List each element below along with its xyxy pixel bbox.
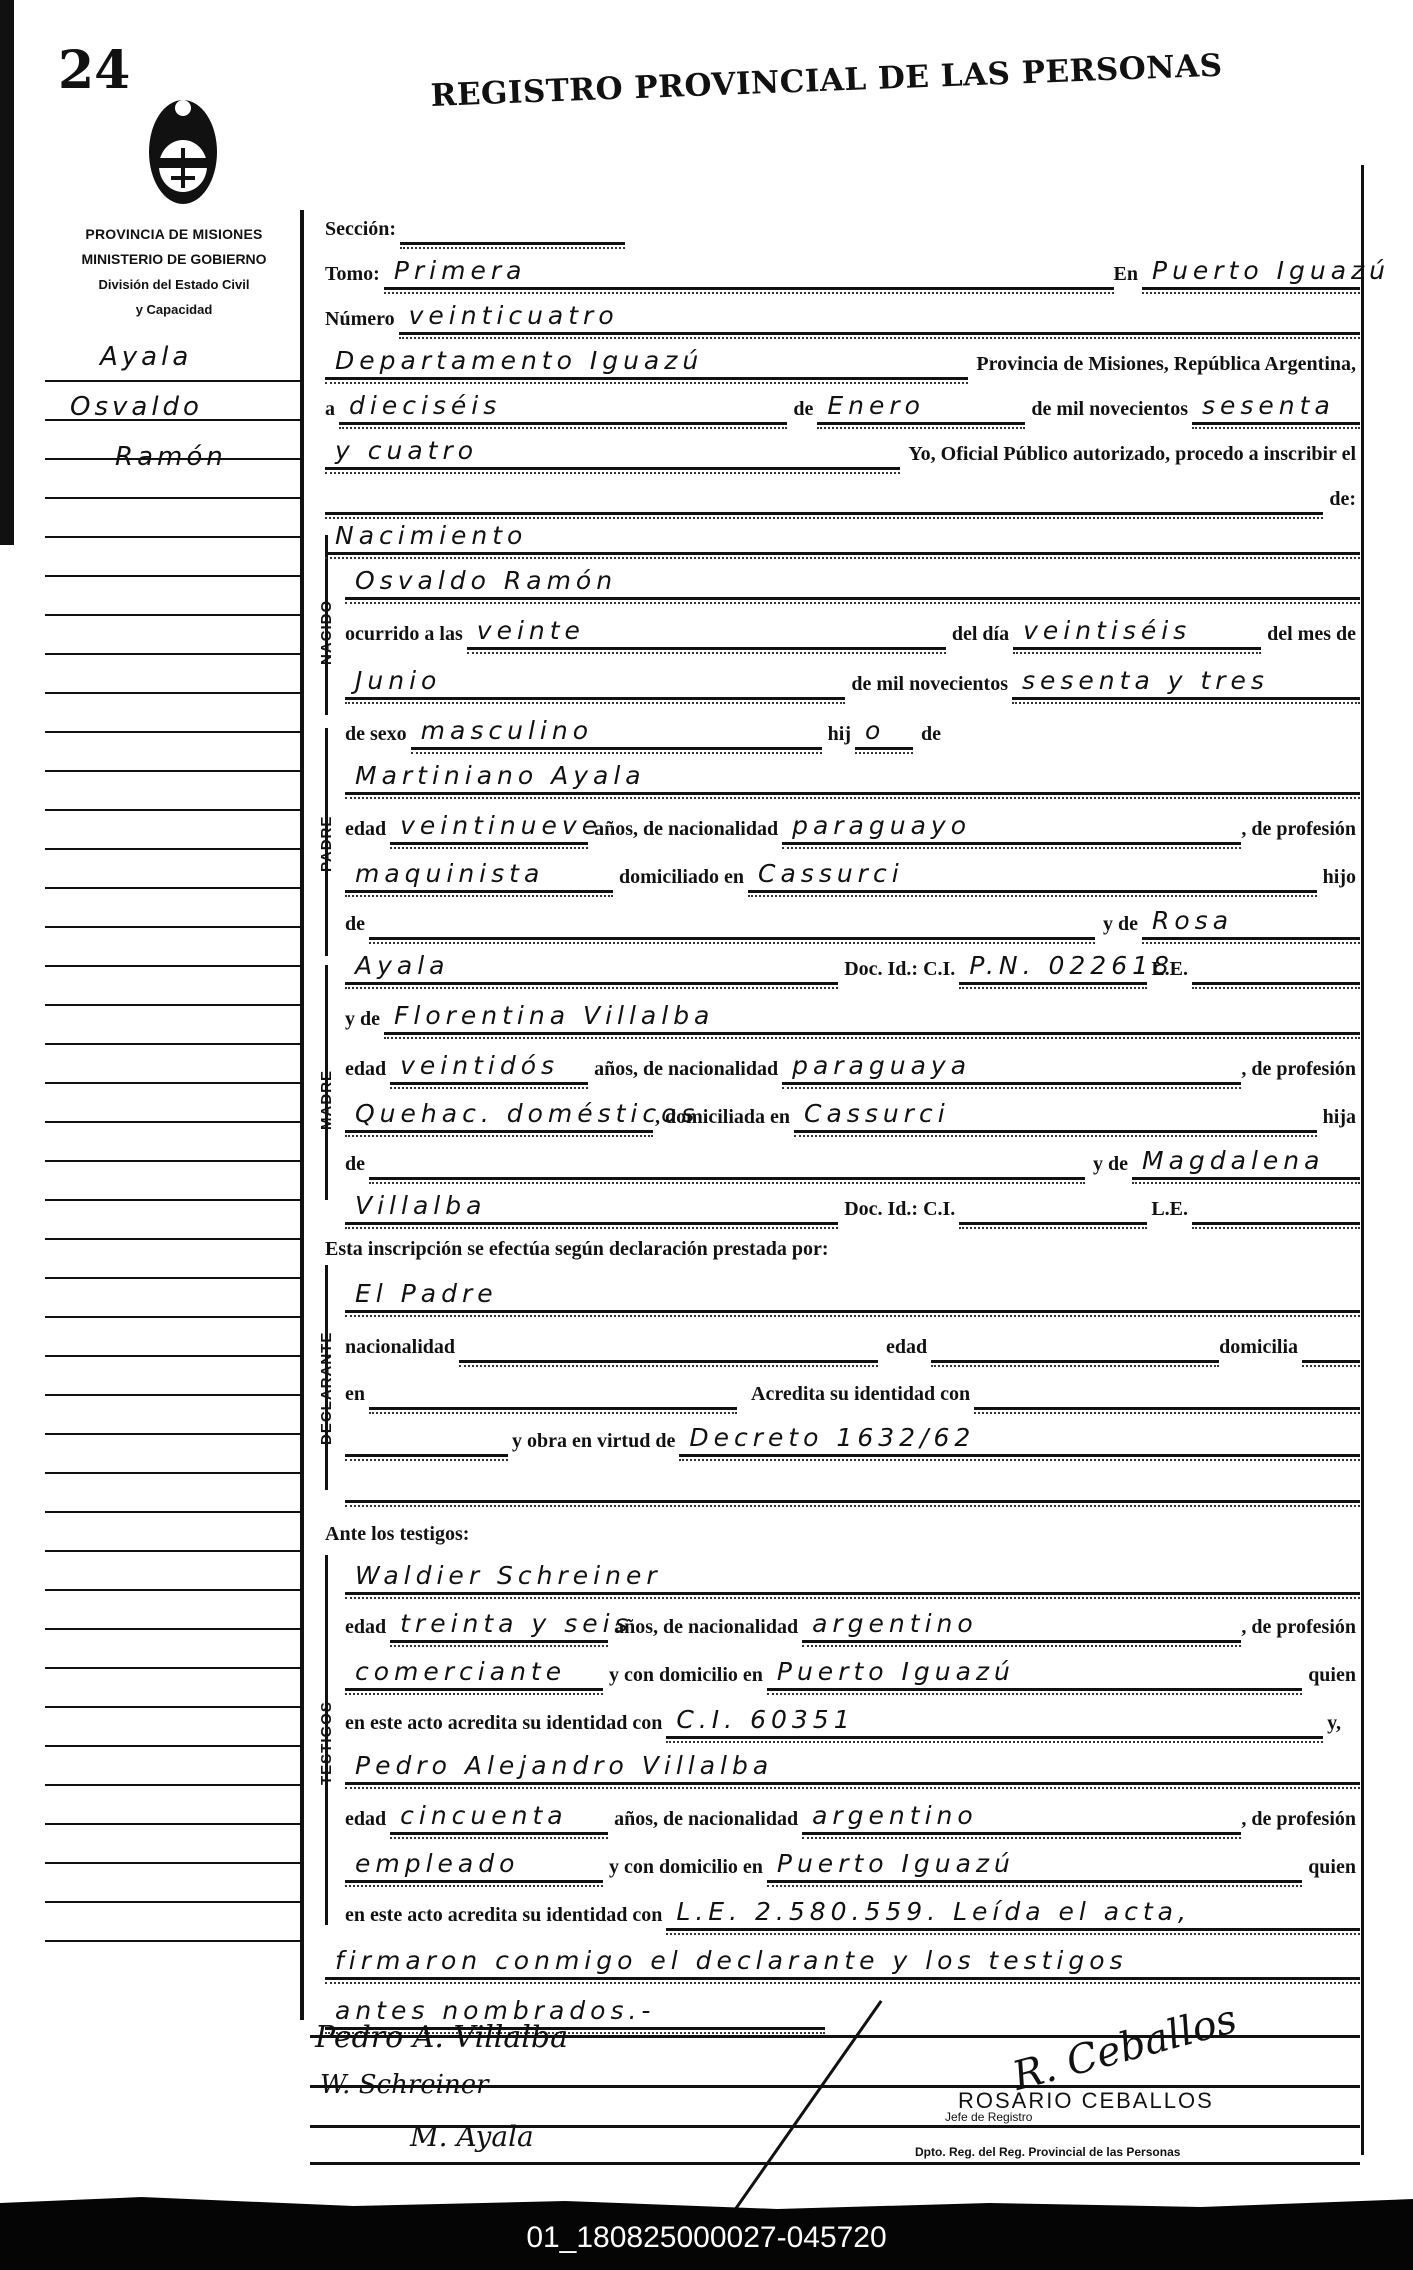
field-nacido-nombre[interactable]: Osvaldo Ramón — [345, 566, 1360, 600]
label-madre-edad: edad — [345, 1058, 390, 1085]
row-declarante-en: en Acredita su identidad con — [345, 1370, 1360, 1410]
margin-divider — [300, 210, 304, 2020]
field-madre-nacionalidad[interactable]: paraguaya — [782, 1051, 1241, 1085]
margin-surname: Ayala — [100, 342, 192, 372]
label-madre-le: L.E. — [1147, 1198, 1192, 1225]
label-declarante-nacionalidad: nacionalidad — [345, 1336, 459, 1363]
field-madre-edad[interactable]: veintidós — [390, 1051, 588, 1085]
margin-ruled-lines — [45, 380, 300, 1979]
row-padre-edad: edad veintinueve años, de nacionalidad p… — [345, 805, 1360, 845]
label-t2-acredita: en este acto acredita su identidad con — [345, 1904, 666, 1931]
row-declarante-nac: nacionalidad edad domicilia — [345, 1323, 1360, 1363]
label-ocurrido: ocurrido a las — [345, 623, 467, 650]
row-nacido-mes: Junio de mil novecientos sesenta y tres — [345, 660, 1360, 700]
side-label-nacido: NACIDO — [318, 600, 335, 665]
row-madre-nombre: y de Florentina Villalba — [345, 995, 1360, 1035]
row-numero: Número veinticuatro — [325, 295, 1360, 335]
field-anio-acta[interactable]: sesenta — [1192, 391, 1360, 425]
row-testigo2-acredita: en este acto acredita su identidad con L… — [345, 1891, 1360, 1931]
document-title: REGISTRO PROVINCIAL DE LAS PERSONAS — [430, 48, 1223, 114]
label-seccion: Sección: — [325, 218, 400, 245]
label-t2-anos: años, de nacionalidad — [608, 1808, 802, 1835]
field-closing-1[interactable]: firmaron conmigo el declarante y los tes… — [325, 1946, 1360, 1980]
field-abuelo-materno[interactable] — [369, 1175, 1085, 1180]
label-t2-edad: edad — [345, 1808, 390, 1835]
testigos-intro: Ante los testigos: — [325, 1523, 473, 1550]
official-stamp-dept: Dpto. Reg. del Reg. Provincial de las Pe… — [915, 2145, 1180, 2159]
label-del-mes: del mes de — [1261, 623, 1360, 650]
field-testigo1-nombre[interactable]: Waldier Schreiner — [345, 1561, 1360, 1595]
signature-witness-2: Pedro A. Villalba — [315, 2020, 568, 2055]
row-closing-1: firmaron conmigo el declarante y los tes… — [325, 1940, 1360, 1980]
label-del-dia: del día — [946, 623, 1013, 650]
field-dia-acta[interactable]: dieciséis — [339, 391, 787, 425]
field-padre-domicilio[interactable]: Cassurci — [748, 859, 1317, 893]
field-testigo1-domicilio[interactable]: Puerto Iguazú — [767, 1657, 1302, 1691]
field-abuela-paterna[interactable]: Rosa — [1142, 906, 1360, 940]
org-capacity: y Capacidad — [46, 297, 302, 322]
field-madre-profesion[interactable]: Quehac. domésticos — [345, 1099, 653, 1133]
row-testigo2-domicilio: empleado y con domicilio en Puerto Iguaz… — [345, 1843, 1360, 1883]
row-padre-domicilio: maquinista domiciliado en Cassurci hijo — [345, 853, 1360, 893]
org-ministry: MINISTERIO DE GOBIERNO — [46, 247, 302, 272]
row-testigos-intro: Ante los testigos: — [325, 1510, 1360, 1550]
scan-id-footer: 01_180825000027-045720 — [0, 2210, 1413, 2270]
row-nacido-hora: ocurrido a las veinte del día veintiséis… — [345, 610, 1360, 650]
field-padre-le[interactable] — [1192, 980, 1360, 985]
signature-line-4 — [310, 2162, 1360, 2165]
field-en-localidad[interactable]: Puerto Iguazú — [1142, 256, 1360, 290]
row-tomo: Tomo: Primera En Puerto Iguazú — [325, 250, 1360, 290]
field-testigo2-acredita[interactable]: L.E. 2.580.559. Leída el acta, — [666, 1897, 1360, 1931]
field-padre-edad[interactable]: veintinueve — [390, 811, 588, 845]
label-padre-domicilio: domiciliado en — [613, 866, 748, 893]
row-seccion: Sección: — [325, 205, 625, 245]
label-t2-quien: quien — [1302, 1856, 1360, 1883]
row-testigo1-edad: edad treinta y seis años, de nacionalida… — [345, 1603, 1360, 1643]
field-padre-nombre[interactable]: Martiniano Ayala — [345, 761, 1360, 795]
label-t1-edad: edad — [345, 1616, 390, 1643]
label-de-padres: de — [913, 723, 945, 750]
row-padre-doc: Ayala Doc. Id.: C.I. P.N. 022618 L.E. — [345, 945, 1360, 985]
label-acredita: Acredita su identidad con — [737, 1383, 974, 1410]
field-obra-decreto[interactable]: Decreto 1632/62 — [679, 1423, 1360, 1457]
field-testigo1-nacionalidad[interactable]: argentino — [802, 1609, 1241, 1643]
label-t1-acredita: en este acto acredita su identidad con — [345, 1712, 666, 1739]
field-acta-tipo[interactable]: Nacimiento — [325, 521, 1360, 555]
label-madre-anos: años, de nacionalidad — [588, 1058, 782, 1085]
row-declarante-intro: Esta inscripción se efectúa según declar… — [325, 1225, 1360, 1265]
field-abuelo-paterno[interactable] — [369, 935, 1095, 940]
row-fecha: a dieciséis de Enero de mil novecientos … — [325, 385, 1360, 425]
label-declarante-en: en — [345, 1383, 369, 1410]
label-hija: hija — [1317, 1106, 1360, 1133]
field-testigo2-domicilio[interactable]: Puerto Iguazú — [767, 1849, 1302, 1883]
row-declarante-blank — [345, 1463, 1360, 1503]
label-en: En — [1114, 263, 1142, 290]
field-madre-nombre[interactable]: Florentina Villalba — [384, 1001, 1360, 1035]
row-testigo1-nombre: Waldier Schreiner — [345, 1555, 1360, 1595]
row-declarante-nombre: El Padre — [345, 1273, 1360, 1313]
field-seccion[interactable] — [400, 240, 625, 245]
field-hij[interactable]: o — [855, 716, 913, 750]
field-abuela-materna[interactable]: Magdalena — [1132, 1146, 1360, 1180]
field-dia-nacimiento[interactable]: veintiséis — [1013, 616, 1261, 650]
field-declarante-nombre[interactable]: El Padre — [345, 1279, 1360, 1313]
label-madre-y-de: y de — [345, 1008, 384, 1035]
label-domicilia: domicilia — [1219, 1336, 1302, 1363]
field-testigo2-nacionalidad[interactable]: argentino — [802, 1801, 1241, 1835]
field-testigo2-profesion[interactable]: empleado — [345, 1849, 603, 1883]
label-numero: Número — [325, 308, 399, 335]
row-declarante-obra: y obra en virtud de Decreto 1632/62 — [345, 1417, 1360, 1457]
row-acta-tipo: Nacimiento — [325, 515, 1360, 555]
field-numero[interactable]: veinticuatro — [399, 301, 1360, 335]
row-padre-padres: de y de Rosa — [345, 900, 1360, 940]
field-testigo1-profesion[interactable]: comerciante — [345, 1657, 603, 1691]
signature-witness-1: W. Schreiner — [320, 2070, 489, 2100]
birth-certificate-page: 24 REGISTRO PROVINCIAL DE LAS PERSONAS P… — [0, 0, 1413, 2200]
field-testigo1-acredita[interactable]: C.I. 60351 — [666, 1705, 1323, 1739]
signature-declarant: M. Ayala — [410, 2120, 534, 2153]
side-label-declarante: DECLARANTE — [318, 1332, 335, 1445]
label-de: de — [787, 398, 817, 425]
label-t2-domicilio: y con domicilio en — [603, 1856, 767, 1883]
row-departamento: Departamento Iguazú Provincia de Misione… — [325, 340, 1360, 380]
row-testigo1-acredita: en este acto acredita su identidad con C… — [345, 1699, 1345, 1739]
row-madre-doc: Villalba Doc. Id.: C.I. L.E. — [345, 1185, 1360, 1225]
label-padre-edad: edad — [345, 818, 390, 845]
label-hijo: hijo — [1317, 866, 1360, 893]
field-mes-nacimiento[interactable]: Junio — [345, 666, 845, 700]
field-hora[interactable]: veinte — [467, 616, 946, 650]
label-t1-profesion: , de profesión — [1241, 1616, 1360, 1643]
field-declarante-edad[interactable] — [931, 1358, 1219, 1363]
field-testigo1-edad[interactable]: treinta y seis — [390, 1609, 608, 1643]
field-departamento[interactable]: Departamento Iguazú — [325, 346, 968, 380]
label-t2-profesion: , de profesión — [1241, 1808, 1360, 1835]
field-anio-nacimiento[interactable]: sesenta y tres — [1012, 666, 1360, 700]
row-madre-edad: edad veintidós años, de nacionalidad par… — [345, 1045, 1360, 1085]
label-padre-de: de — [345, 913, 369, 940]
field-declarante-en[interactable] — [369, 1405, 737, 1410]
field-declarante-acredita[interactable] — [974, 1405, 1360, 1410]
national-coat-of-arms-icon — [143, 88, 223, 208]
page-number: 24 — [58, 40, 130, 101]
row-madre-padres: de y de Magdalena — [345, 1140, 1360, 1180]
row-nacido-sexo: de sexo masculino hij o de — [345, 710, 945, 750]
label-anio-nac: de mil novecientos — [845, 673, 1012, 700]
label-madre-y-de2: y de — [1085, 1153, 1132, 1180]
label-a: a — [325, 398, 339, 425]
label-declarante-edad: edad — [878, 1336, 931, 1363]
label-de-end: de: — [1323, 488, 1360, 515]
label-madre-doc: Doc. Id.: C.I. — [838, 1198, 959, 1225]
official-stamp-role: Jefe de Registro — [945, 2110, 1032, 2124]
row-acta-tipo-line: de: — [325, 475, 1360, 515]
row-testigo1-domicilio: comerciante y con domicilio en Puerto Ig… — [345, 1651, 1360, 1691]
org-province: PROVINCIA DE MISIONES — [46, 222, 302, 247]
side-label-padre: PADRE — [318, 816, 335, 872]
issuing-organization: PROVINCIA DE MISIONES MINISTERIO DE GOBI… — [46, 222, 302, 322]
side-label-madre: MADRE — [318, 1070, 335, 1130]
field-tomo[interactable]: Primera — [384, 256, 1114, 290]
label-obra: y obra en virtud de — [508, 1430, 679, 1457]
row-padre-nombre: Martiniano Ayala — [345, 755, 1360, 795]
row-oficial: y cuatro Yo, Oficial Público autorizado,… — [325, 430, 1360, 470]
label-padre-profesion: , de profesión — [1241, 818, 1360, 845]
label-hij: hij — [822, 723, 855, 750]
row-nacido-nombre: Osvaldo Ramón — [345, 560, 1360, 600]
field-acredita-cont[interactable] — [345, 1452, 508, 1457]
declarante-intro: Esta inscripción se efectúa según declar… — [325, 1238, 833, 1265]
side-label-testigos: TESTIGOS — [318, 1701, 335, 1785]
row-madre-domicilio: Quehac. domésticos , domiciliada en Cass… — [345, 1093, 1360, 1133]
label-madre-de: de — [345, 1153, 369, 1180]
field-mes-acta[interactable]: Enero — [817, 391, 1025, 425]
label-oficial: Yo, Oficial Público autorizado, procedo … — [900, 443, 1360, 470]
org-division: División del Estado Civil — [46, 272, 302, 297]
field-abuela-paterna-apellido[interactable]: Ayala — [345, 951, 838, 985]
field-declarante-blank[interactable] — [345, 1498, 1360, 1503]
row-testigo2-edad: edad cincuenta años, de nacionalidad arg… — [345, 1795, 1360, 1835]
field-padre-doc[interactable]: P.N. 022618 — [959, 951, 1147, 985]
label-tomo: Tomo: — [325, 263, 384, 290]
label-t1-domicilio: y con domicilio en — [603, 1664, 767, 1691]
field-sexo[interactable]: masculino — [411, 716, 822, 750]
field-abuela-materna-apellido[interactable]: Villalba — [345, 1191, 838, 1225]
field-anio-acta-cont[interactable]: y cuatro — [325, 436, 900, 470]
field-declarante-nacionalidad[interactable] — [459, 1358, 878, 1363]
field-domicilia-tail[interactable] — [1302, 1358, 1360, 1363]
field-padre-nacionalidad[interactable]: paraguayo — [782, 811, 1241, 845]
row-testigo2-nombre: Pedro Alejandro Villalba — [345, 1745, 1360, 1785]
label-provincia: Provincia de Misiones, República Argenti… — [968, 353, 1360, 380]
label-t1-anos: años, de nacionalidad — [608, 1616, 802, 1643]
label-sexo: de sexo — [345, 723, 411, 750]
label-madre-profesion: , de profesión — [1241, 1058, 1360, 1085]
label-padre-y-de: y de — [1095, 913, 1142, 940]
field-padre-profesion[interactable]: maquinista — [345, 859, 613, 893]
label-t1-quien: quien — [1302, 1664, 1360, 1691]
label-anio: de mil novecientos — [1025, 398, 1192, 425]
field-testigo2-edad[interactable]: cincuenta — [390, 1801, 608, 1835]
scan-edge — [0, 0, 14, 545]
label-padre-anos: años, de nacionalidad — [588, 818, 782, 845]
label-padre-doc: Doc. Id.: C.I. — [838, 958, 959, 985]
label-t1-y: y, — [1323, 1712, 1345, 1739]
field-testigo2-nombre[interactable]: Pedro Alejandro Villalba — [345, 1751, 1360, 1785]
field-madre-domicilio[interactable]: Cassurci — [794, 1099, 1317, 1133]
right-border — [1361, 165, 1364, 2155]
